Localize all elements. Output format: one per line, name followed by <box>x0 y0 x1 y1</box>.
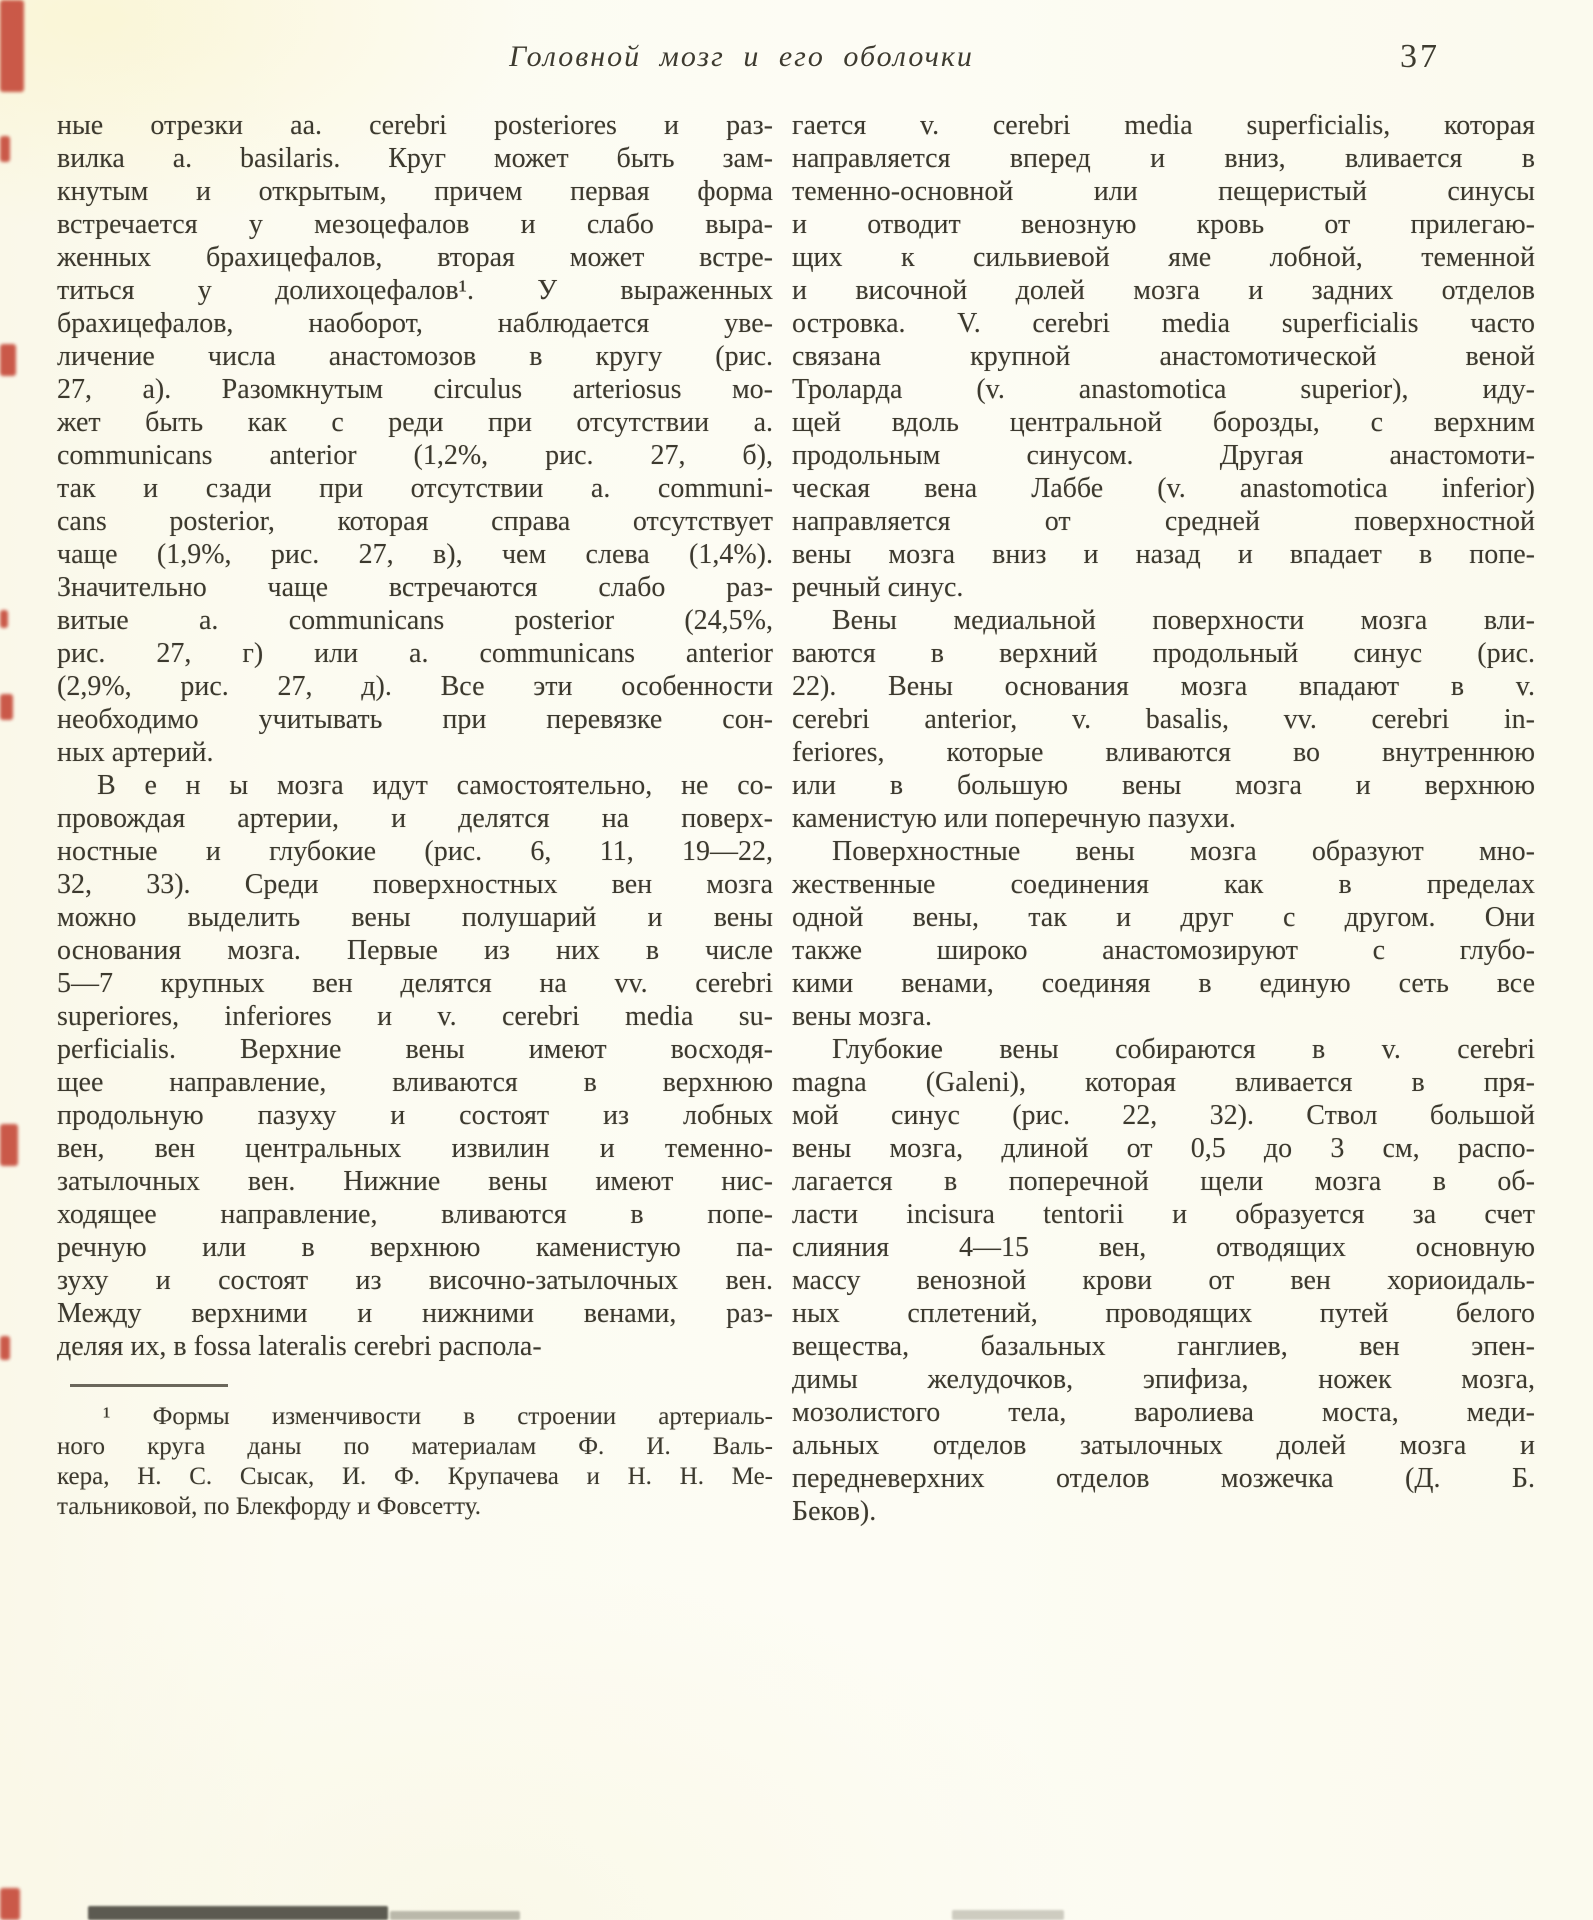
text-line: ваются в верхний продольный синус (рис. <box>792 637 1535 670</box>
text-line: рис. 27, г) или a. communicans anterior <box>57 637 773 670</box>
text-line: кнутым и открытым, причем первая форма <box>57 175 773 208</box>
text-line: направляется вперед и вниз, вливается в <box>792 142 1535 175</box>
text-line: magna (Galeni), которая вливается в пря- <box>792 1066 1535 1099</box>
text-line: можно выделить вены полушарий и вены <box>57 901 773 934</box>
red-edge-stain <box>0 1336 10 1360</box>
text-line: также широко анастомозируют с глубо- <box>792 934 1535 967</box>
text-line: жет быть как с реди при отсутствии a. <box>57 406 773 439</box>
text-line: провождая артерии, и делятся на поверх- <box>57 802 773 835</box>
text-line: щих к сильвиевой яме лобной, теменной <box>792 241 1535 274</box>
text-line: cans posterior, которая справа отсутству… <box>57 505 773 538</box>
text-line: личение числа анастомозов в кругу (рис. <box>57 340 773 373</box>
text-line: одной вены, так и друг с другом. Они <box>792 901 1535 934</box>
text-line: perficialis. Верхние вены имеют восходя- <box>57 1033 773 1066</box>
text-line: направляется от средней поверхностной <box>792 505 1535 538</box>
text-line: необходимо учитывать при перевязке сон- <box>57 703 773 736</box>
text-line: брахицефалов, наоборот, наблюдается уве- <box>57 307 773 340</box>
text-line: ного круга даны по материалам Ф. И. Валь… <box>57 1432 773 1462</box>
left-column: ные отрезки аа. cerebri posteriores и ра… <box>57 109 773 1363</box>
paragraph: Глубокие вены собираются в v. cerebrimag… <box>792 1033 1535 1528</box>
text-line: ностные и глубокие (рис. 6, 11, 19—22, <box>57 835 773 868</box>
text-line: связана крупной анастомотической веной <box>792 340 1535 373</box>
text-line: щее направление, вливаются в верхнюю <box>57 1066 773 1099</box>
text-line: Троларда (v. anastomotica superior), иду… <box>792 373 1535 406</box>
text-line: димы желудочков, эпифиза, ножек мозга, <box>792 1363 1535 1396</box>
text-line: основания мозга. Первые из них в числе <box>57 934 773 967</box>
book-page: Головной мозг и его оболочки 37 ные отре… <box>0 0 1593 1920</box>
text-line: Глубокие вены собираются в v. cerebri <box>792 1033 1535 1066</box>
text-line: передневерхних отделов мозжечка (Д. Б. <box>792 1462 1535 1495</box>
footnote-rule <box>70 1384 228 1387</box>
text-line: ¹ Формы изменчивости в строении артериал… <box>57 1402 773 1432</box>
text-line: вен, вен центральных извилин и теменно- <box>57 1132 773 1165</box>
paragraph: Поверхностные вены мозга образуют мно-же… <box>792 835 1535 1033</box>
footnote: ¹ Формы изменчивости в строении артериал… <box>57 1402 773 1522</box>
text-line: Значительно чаще встречаются слабо раз- <box>57 571 773 604</box>
text-line: Беков). <box>792 1495 1535 1528</box>
red-edge-stain <box>0 1124 18 1166</box>
bottom-edge-smudge <box>390 1911 520 1920</box>
text-line: встречается у мезоцефалов и слабо выра- <box>57 208 773 241</box>
text-line: лагается в поперечной щели мозга в об- <box>792 1165 1535 1198</box>
text-line: каменистую или поперечную пазухи. <box>792 802 1535 835</box>
text-line: так и сзади при отсутствии a. communi- <box>57 472 773 505</box>
text-line: кими венами, соединяя в единую сеть все <box>792 967 1535 1000</box>
text-line: ходящее направление, вливаются в попе- <box>57 1198 773 1231</box>
text-line: cerebri anterior, v. basalis, vv. cerebr… <box>792 703 1535 736</box>
red-edge-stain <box>0 694 13 720</box>
text-line: слияния 4—15 вен, отводящих основную <box>792 1231 1535 1264</box>
text-line: 27, а). Разомкнутым circulus arteriosus … <box>57 373 773 406</box>
paragraph: ¹ Формы изменчивости в строении артериал… <box>57 1402 773 1522</box>
paragraph: ные отрезки аа. cerebri posteriores и ра… <box>57 109 773 769</box>
text-line: вены мозга, длиной от 0,5 до 3 см, распо… <box>792 1132 1535 1165</box>
text-line: ласти incisura tentorii и образуется за … <box>792 1198 1535 1231</box>
text-line: вещества, базальных ганглиев, вен эпен- <box>792 1330 1535 1363</box>
bottom-edge-smudge <box>88 1906 388 1920</box>
text-line: деляя их, в fossa lateralis cerebri расп… <box>57 1330 773 1363</box>
text-line: щей вдоль центральной борозды, с верхним <box>792 406 1535 439</box>
text-line: feriores, которые вливаются во внутренню… <box>792 736 1535 769</box>
text-line: женных брахицефалов, вторая может встре- <box>57 241 773 274</box>
text-line: гается v. cerebri media superficialis, к… <box>792 109 1535 142</box>
text-line: продольную пазуху и состоят из лобных <box>57 1099 773 1132</box>
bottom-edge-smudge <box>952 1910 1064 1920</box>
text-line: и височной долей мозга и задних отделов <box>792 274 1535 307</box>
text-line: (2,9%, рис. 27, д). Все эти особенности <box>57 670 773 703</box>
text-line: витые a. communicans posterior (24,5%, <box>57 604 773 637</box>
text-line: кера, Н. С. Сысак, И. Ф. Крупачева и Н. … <box>57 1462 773 1492</box>
text-line: или в большую вены мозга и верхнюю <box>792 769 1535 802</box>
text-line: зуху и состоят из височно-затылочных вен… <box>57 1264 773 1297</box>
text-line: ческая вена Лаббе (v. anastomotica infer… <box>792 472 1535 505</box>
text-line: массу венозной крови от вен хориоидаль- <box>792 1264 1535 1297</box>
text-line: теменно-основной или пещеристый синусы <box>792 175 1535 208</box>
text-line: 32, 33). Среди поверхностных вен мозга <box>57 868 773 901</box>
text-line: superiores, inferiores и v. cerebri medi… <box>57 1000 773 1033</box>
text-line: мозолистого тела, варолиева моста, меди- <box>792 1396 1535 1429</box>
text-line: мой синус (рис. 22, 32). Ствол большой <box>792 1099 1535 1132</box>
text-line: затылочных вен. Нижние вены имеют нис- <box>57 1165 773 1198</box>
text-line: продольным синусом. Другая анастомоти- <box>792 439 1535 472</box>
red-edge-stain <box>0 1888 20 1920</box>
text-line: тальниковой, по Блекфорду и Фовсетту. <box>57 1492 773 1522</box>
text-line: ных артерий. <box>57 736 773 769</box>
page-number: 37 <box>1400 38 1440 76</box>
text-line: и отводит венозную кровь от прилегаю- <box>792 208 1535 241</box>
text-line: титься у долихоцефалов¹. У выраженных <box>57 274 773 307</box>
text-line: речную или в верхнюю каменистую па- <box>57 1231 773 1264</box>
text-line: ные отрезки аа. cerebri posteriores и ра… <box>57 109 773 142</box>
text-line: Между верхними и нижними венами, раз- <box>57 1297 773 1330</box>
text-line: вены мозга вниз и назад и впадает в попе… <box>792 538 1535 571</box>
running-head-title: Головной мозг и его оболочки <box>0 40 1483 80</box>
paragraph: В е н ы мозга идут самостоятельно, не со… <box>57 769 773 1363</box>
text-line: ных сплетений, проводящих путей белого <box>792 1297 1535 1330</box>
right-column: гается v. cerebri media superficialis, к… <box>792 109 1535 1528</box>
text-line: 22). Вены основания мозга впадают в v. <box>792 670 1535 703</box>
text-line: В е н ы мозга идут самостоятельно, не со… <box>57 769 773 802</box>
red-edge-stain <box>0 136 10 162</box>
text-line: вилка a. basilaris. Круг может быть зам- <box>57 142 773 175</box>
paragraph: Вены медиальной поверхности мозга вли-ва… <box>792 604 1535 835</box>
text-line: communicans anterior (1,2%, рис. 27, б), <box>57 439 773 472</box>
text-line: чаще (1,9%, рис. 27, в), чем слева (1,4%… <box>57 538 773 571</box>
text-line: 5—7 крупных вен делятся на vv. cerebri <box>57 967 773 1000</box>
red-edge-stain <box>0 610 8 628</box>
text-line: вены мозга. <box>792 1000 1535 1033</box>
text-line: Поверхностные вены мозга образуют мно- <box>792 835 1535 868</box>
text-line: островка. V. cerebri media superficialis… <box>792 307 1535 340</box>
text-line: речный синус. <box>792 571 1535 604</box>
red-edge-stain <box>0 344 16 376</box>
paragraph: гается v. cerebri media superficialis, к… <box>792 109 1535 604</box>
text-line: жественные соединения как в пределах <box>792 868 1535 901</box>
text-line: альных отделов затылочных долей мозга и <box>792 1429 1535 1462</box>
text-line: Вены медиальной поверхности мозга вли- <box>792 604 1535 637</box>
